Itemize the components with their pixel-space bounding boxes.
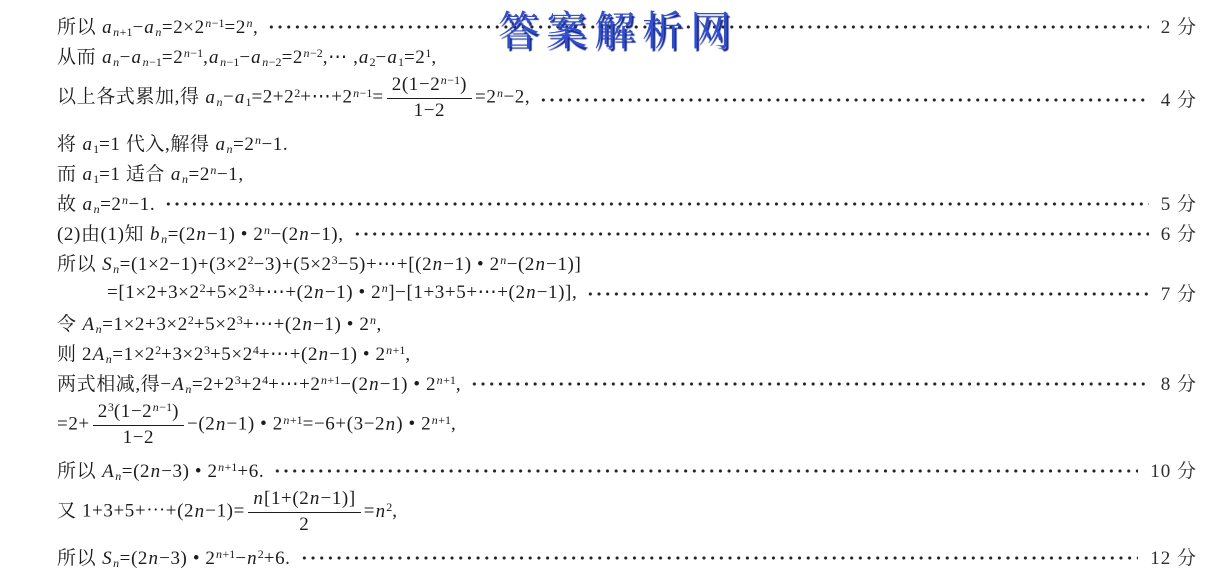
subscript: n <box>115 469 122 483</box>
superscript: n+1 <box>431 413 451 427</box>
superscript: n <box>500 253 507 267</box>
solution-line: 将 a1=1 代入,解得 an=2n−1. <box>57 127 1197 157</box>
subscript: n <box>113 55 120 69</box>
dotted-leader <box>267 18 1148 36</box>
superscript: 3 <box>204 343 210 357</box>
fraction-numerator: 23(1−2n−1) <box>93 401 184 426</box>
formula-text: 又 1+3+5+⋯+(2n−1)=n[1+(2n−1)]2=n2, <box>57 488 398 537</box>
solution-line: 令 An=1×2+3×22+5×23+⋯+(2n−1) • 2n, <box>57 307 1197 337</box>
formula-text: 所以 an+1−an=2×2n−1=2n, <box>57 12 258 39</box>
fraction-numerator: n[1+(2n−1)] <box>248 488 361 513</box>
superscript: n+1 <box>321 373 341 387</box>
superscript: 2 <box>258 547 264 561</box>
dotted-leader <box>539 91 1149 109</box>
superscript: 2 <box>386 500 392 514</box>
superscript: 3 <box>237 313 243 327</box>
superscript: 1 <box>425 46 431 60</box>
dotted-leader <box>164 195 1148 213</box>
fraction: 2(1−2n−1)1−2 <box>387 74 472 123</box>
subscript: 1 <box>245 95 251 109</box>
superscript: n <box>246 16 253 30</box>
fraction-denominator: 1−2 <box>414 99 446 123</box>
superscript: n <box>369 313 376 327</box>
solution-line: =[1×2+3×22+5×23+⋯+(2n−1) • 2n]−[1+3+5+⋯+… <box>57 277 1197 307</box>
formula-text: =2+23(1−2n−1)1−2−(2n−1) • 2n+1=−6+(3−2n)… <box>57 401 456 450</box>
superscript: 2 <box>155 343 161 357</box>
superscript: n <box>381 281 388 295</box>
score-label: 4 分 <box>1161 85 1197 112</box>
superscript: n+1 <box>436 373 456 387</box>
solution-line: 从而 an−an−1=2n−1,an−1−an−2=2n−2,⋯ ,a2−a1=… <box>57 40 1197 70</box>
superscript: n−1 <box>183 46 203 60</box>
superscript: 4 <box>253 343 259 357</box>
formula-text: 而 a1=1 适合 an=2n−1, <box>57 159 244 186</box>
superscript: 2 <box>188 313 194 327</box>
superscript: n <box>254 133 261 147</box>
subscript: n <box>216 95 223 109</box>
subscript: 1 <box>93 172 99 186</box>
score-label: 12 分 <box>1150 543 1197 570</box>
superscript: 2 <box>294 86 300 100</box>
dotted-leader <box>300 549 1139 567</box>
score-label: 7 分 <box>1161 279 1197 306</box>
fraction-denominator: 1−2 <box>123 426 155 450</box>
superscript: 3 <box>332 253 338 267</box>
dotted-leader <box>353 225 1149 243</box>
solution-line: 所以 An=(2n−3) • 2n+1+6.10 分 <box>57 454 1197 484</box>
score-label: 5 分 <box>1161 189 1197 216</box>
formula-text: 所以 Sn=(1×2−1)+(3×22−3)+(5×23−5)+⋯+[(2n−1… <box>57 249 581 276</box>
solution-line: 以上各式累加,得 an−a1=2+22+⋯+2n−1=2(1−2n−1)1−2=… <box>57 70 1197 127</box>
fraction: 23(1−2n−1)1−2 <box>93 401 184 450</box>
formula-text: (2)由(1)知 bn=(2n−1) • 2n−(2n−1), <box>57 219 344 246</box>
subscript: n <box>93 202 100 216</box>
superscript: n+1 <box>283 413 303 427</box>
subscript: n <box>155 25 162 39</box>
fraction-numerator: 2(1−2n−1) <box>387 74 472 99</box>
subscript: 1 <box>93 142 99 156</box>
solution-line: 又 1+3+5+⋯+(2n−1)=n[1+(2n−1)]2=n2, <box>57 484 1197 541</box>
superscript: n−2 <box>303 46 323 60</box>
fraction-denominator: 2 <box>299 513 309 537</box>
superscript: n−1 <box>353 86 373 100</box>
solution-line: 所以 Sn=(1×2−1)+(3×22−3)+(5×23−5)+⋯+[(2n−1… <box>57 247 1197 277</box>
subscript: n+1 <box>113 25 133 39</box>
formula-text: 以上各式累加,得 an−a1=2+22+⋯+2n−1=2(1−2n−1)1−2=… <box>57 74 530 123</box>
superscript: 2 <box>248 253 254 267</box>
superscript: n <box>496 86 503 100</box>
superscript: n+1 <box>386 343 406 357</box>
subscript: n−2 <box>262 55 282 69</box>
superscript: n−1 <box>205 16 225 30</box>
superscript: 4 <box>262 373 268 387</box>
superscript: n−1 <box>152 400 172 414</box>
formula-text: 从而 an−an−1=2n−1,an−1−an−2=2n−2,⋯ ,a2−a1=… <box>57 42 437 69</box>
solution-line: (2)由(1)知 bn=(2n−1) • 2n−(2n−1),6 分 <box>57 217 1197 247</box>
subscript: 1 <box>398 55 404 69</box>
superscript: n+1 <box>218 460 238 474</box>
subscript: n <box>105 352 112 366</box>
solution-line: 而 a1=1 适合 an=2n−1, <box>57 157 1197 187</box>
superscript: n <box>263 223 270 237</box>
superscript: 2 <box>200 281 206 295</box>
subscript: n <box>185 382 192 396</box>
score-label: 10 分 <box>1150 456 1197 483</box>
superscript: n <box>121 193 128 207</box>
subscript: 2 <box>370 55 376 69</box>
superscript: 3 <box>235 373 241 387</box>
superscript: n−1 <box>440 73 460 87</box>
subscript: n <box>113 262 120 276</box>
superscript: n+1 <box>216 547 236 561</box>
solution-line: 则 2An=1×22+3×23+5×24+⋯+(2n−1) • 2n+1, <box>57 337 1197 367</box>
subscript: n <box>95 322 102 336</box>
formula-text: 故 an=2n−1. <box>57 189 155 216</box>
formula-text: 则 2An=1×22+3×23+5×24+⋯+(2n−1) • 2n+1, <box>57 339 411 366</box>
subscript: n <box>113 556 120 570</box>
score-label: 2 分 <box>1161 12 1197 39</box>
formula-text: 将 a1=1 代入,解得 an=2n−1. <box>57 129 288 156</box>
dotted-leader <box>273 462 1138 480</box>
subscript: n <box>182 172 189 186</box>
formula-text: =[1×2+3×22+5×23+⋯+(2n−1) • 2n]−[1+3+5+⋯+… <box>107 281 577 304</box>
subscript: n <box>226 142 233 156</box>
solution-line: 故 an=2n−1.5 分 <box>57 187 1197 217</box>
formula-text: 所以 An=(2n−3) • 2n+1+6. <box>57 456 264 483</box>
formula-text: 令 An=1×2+3×22+5×23+⋯+(2n−1) • 2n, <box>57 309 382 336</box>
dotted-leader <box>470 375 1148 393</box>
fraction: n[1+(2n−1)]2 <box>248 488 361 537</box>
solution-line: 所以 Sn=(2n−3) • 2n+1−n2+6.12 分 <box>57 541 1197 571</box>
subscript: n <box>161 232 168 246</box>
solution-line: 所以 an+1−an=2×2n−1=2n,2 分 <box>57 10 1197 40</box>
subscript: n−1 <box>220 55 240 69</box>
superscript: 3 <box>248 281 254 295</box>
formula-text: 所以 Sn=(2n−3) • 2n+1−n2+6. <box>57 543 291 570</box>
dotted-leader <box>586 285 1148 303</box>
formula-text: 两式相减,得−An=2+23+24+⋯+2n+1−(2n−1) • 2n+1, <box>57 369 461 396</box>
subscript: n−1 <box>142 55 162 69</box>
score-label: 8 分 <box>1161 369 1197 396</box>
solution-line: =2+23(1−2n−1)1−2−(2n−1) • 2n+1=−6+(3−2n)… <box>57 397 1197 454</box>
solution-document: 所以 an+1−an=2×2n−1=2n,2 分从而 an−an−1=2n−1,… <box>0 0 1215 577</box>
superscript: n <box>210 163 217 177</box>
score-label: 6 分 <box>1161 219 1197 246</box>
superscript: 3 <box>108 400 114 414</box>
solution-line: 两式相减,得−An=2+23+24+⋯+2n+1−(2n−1) • 2n+1,8… <box>57 367 1197 397</box>
